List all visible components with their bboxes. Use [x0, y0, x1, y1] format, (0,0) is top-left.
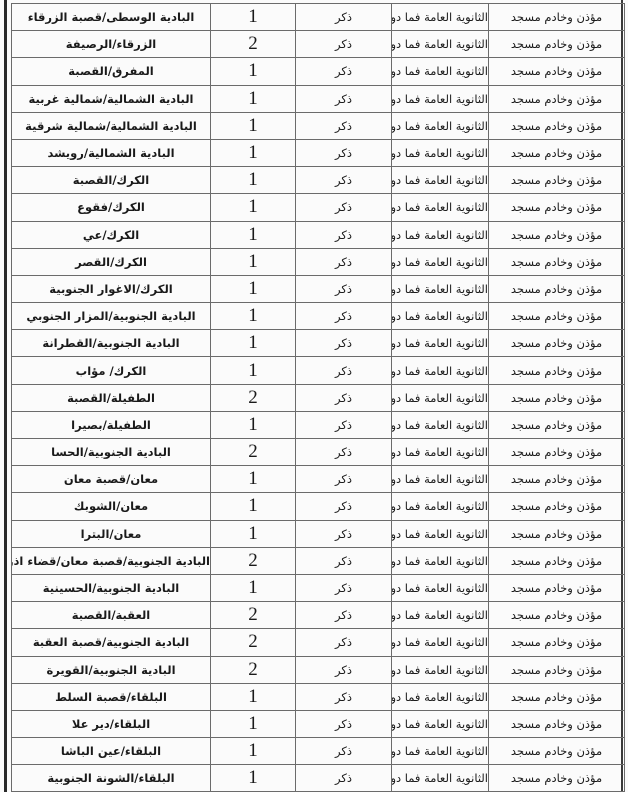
education-cell: الثانوية العامة فما دون [392, 248, 489, 275]
job-title-cell: مؤذن وخادم مسجد [489, 466, 625, 493]
location-cell: البادية الجنوبية/القويرة [12, 656, 211, 683]
table-row: مؤذن وخادم مسجدالثانوية العامة فما دونذك… [12, 629, 625, 656]
table-row: مؤذن وخادم مسجدالثانوية العامة فما دونذك… [12, 357, 625, 384]
table-row: مؤذن وخادم مسجدالثانوية العامة فما دونذك… [12, 58, 625, 85]
gender-cell: ذكر [296, 275, 392, 302]
gender-cell: ذكر [296, 656, 392, 683]
education-cell: الثانوية العامة فما دون [392, 493, 489, 520]
education-cell: الثانوية العامة فما دون [392, 656, 489, 683]
education-cell: الثانوية العامة فما دون [392, 139, 489, 166]
job-title-cell: مؤذن وخادم مسجد [489, 167, 625, 194]
gender-cell: ذكر [296, 248, 392, 275]
location-cell: معان/قصبة معان [12, 466, 211, 493]
location-cell: البادية الشمالية/شمالية غربية [12, 85, 211, 112]
count-cell: 1 [211, 221, 296, 248]
count-cell: 2 [211, 629, 296, 656]
location-cell: البلقاء/دير علا [12, 710, 211, 737]
document-page: مؤذن وخادم مسجدالثانوية العامة فما دونذك… [0, 0, 628, 792]
education-cell: الثانوية العامة فما دون [392, 384, 489, 411]
count-cell: 2 [211, 656, 296, 683]
gender-cell: ذكر [296, 629, 392, 656]
gender-cell: ذكر [296, 493, 392, 520]
education-cell: الثانوية العامة فما دون [392, 439, 489, 466]
job-title-cell: مؤذن وخادم مسجد [489, 357, 625, 384]
job-title-cell: مؤذن وخادم مسجد [489, 520, 625, 547]
location-cell: الزرقاء/الرصيفة [12, 31, 211, 58]
table-row: مؤذن وخادم مسجدالثانوية العامة فما دونذك… [12, 330, 625, 357]
education-cell: الثانوية العامة فما دون [392, 520, 489, 547]
table-row: مؤذن وخادم مسجدالثانوية العامة فما دونذك… [12, 765, 625, 792]
job-title-cell: مؤذن وخادم مسجد [489, 384, 625, 411]
gender-cell: ذكر [296, 384, 392, 411]
job-title-cell: مؤذن وخادم مسجد [489, 139, 625, 166]
table-row: مؤذن وخادم مسجدالثانوية العامة فما دونذك… [12, 466, 625, 493]
education-cell: الثانوية العامة فما دون [392, 58, 489, 85]
gender-cell: ذكر [296, 194, 392, 221]
job-title-cell: مؤذن وخادم مسجد [489, 58, 625, 85]
table-row: مؤذن وخادم مسجدالثانوية العامة فما دونذك… [12, 303, 625, 330]
gender-cell: ذكر [296, 466, 392, 493]
location-cell: البادية الشمالية/رويشد [12, 139, 211, 166]
count-cell: 1 [211, 411, 296, 438]
location-cell: معان/الشوبك [12, 493, 211, 520]
table-row: مؤذن وخادم مسجدالثانوية العامة فما دونذك… [12, 4, 625, 31]
table-row: مؤذن وخادم مسجدالثانوية العامة فما دونذك… [12, 194, 625, 221]
job-title-cell: مؤذن وخادم مسجد [489, 221, 625, 248]
table-row: مؤذن وخادم مسجدالثانوية العامة فما دونذك… [12, 248, 625, 275]
table-row: مؤذن وخادم مسجدالثانوية العامة فما دونذك… [12, 85, 625, 112]
job-title-cell: مؤذن وخادم مسجد [489, 738, 625, 765]
location-cell: البلقاء/الشونة الجنوبية [12, 765, 211, 792]
education-cell: الثانوية العامة فما دون [392, 85, 489, 112]
count-cell: 1 [211, 330, 296, 357]
location-cell: الكرك/عي [12, 221, 211, 248]
location-cell: البادية الجنوبية/الحسا [12, 439, 211, 466]
gender-cell: ذكر [296, 357, 392, 384]
job-title-cell: مؤذن وخادم مسجد [489, 656, 625, 683]
gender-cell: ذكر [296, 221, 392, 248]
location-cell: معان/البترا [12, 520, 211, 547]
gender-cell: ذكر [296, 139, 392, 166]
table-row: مؤذن وخادم مسجدالثانوية العامة فما دونذك… [12, 275, 625, 302]
education-cell: الثانوية العامة فما دون [392, 357, 489, 384]
gender-cell: ذكر [296, 58, 392, 85]
count-cell: 1 [211, 194, 296, 221]
education-cell: الثانوية العامة فما دون [392, 4, 489, 31]
count-cell: 1 [211, 738, 296, 765]
gender-cell: ذكر [296, 411, 392, 438]
gender-cell: ذكر [296, 4, 392, 31]
table-row: مؤذن وخادم مسجدالثانوية العامة فما دونذك… [12, 221, 625, 248]
education-cell: الثانوية العامة فما دون [392, 765, 489, 792]
count-cell: 1 [211, 466, 296, 493]
location-cell: الكرك/القصبة [12, 167, 211, 194]
job-title-cell: مؤذن وخادم مسجد [489, 85, 625, 112]
gender-cell: ذكر [296, 683, 392, 710]
location-cell: البادية الجنوبية/المزار الجنوبي [12, 303, 211, 330]
job-title-cell: مؤذن وخادم مسجد [489, 4, 625, 31]
location-cell: الكرك/فقوع [12, 194, 211, 221]
location-cell: الطفيلة/القصبة [12, 384, 211, 411]
job-title-cell: مؤذن وخادم مسجد [489, 602, 625, 629]
gender-cell: ذكر [296, 330, 392, 357]
location-cell: الكرك/القصر [12, 248, 211, 275]
location-cell: البادية الجنوبية/قصبة العقبة [12, 629, 211, 656]
count-cell: 2 [211, 602, 296, 629]
count-cell: 1 [211, 765, 296, 792]
table-row: مؤذن وخادم مسجدالثانوية العامة فما دونذك… [12, 602, 625, 629]
education-cell: الثانوية العامة فما دون [392, 738, 489, 765]
job-title-cell: مؤذن وخادم مسجد [489, 547, 625, 574]
count-cell: 1 [211, 303, 296, 330]
location-cell: الكرك/ مؤاب [12, 357, 211, 384]
gender-cell: ذكر [296, 547, 392, 574]
education-cell: الثانوية العامة فما دون [392, 275, 489, 302]
count-cell: 1 [211, 58, 296, 85]
count-cell: 1 [211, 357, 296, 384]
job-title-cell: مؤذن وخادم مسجد [489, 330, 625, 357]
table-row: مؤذن وخادم مسجدالثانوية العامة فما دونذك… [12, 139, 625, 166]
location-cell: المفرق/القصبة [12, 58, 211, 85]
location-cell: البادية الشمالية/شمالية شرقية [12, 112, 211, 139]
table-row: مؤذن وخادم مسجدالثانوية العامة فما دونذك… [12, 411, 625, 438]
count-cell: 1 [211, 4, 296, 31]
count-cell: 1 [211, 112, 296, 139]
education-cell: الثانوية العامة فما دون [392, 683, 489, 710]
count-cell: 1 [211, 520, 296, 547]
job-title-cell: مؤذن وخادم مسجد [489, 493, 625, 520]
gender-cell: ذكر [296, 85, 392, 112]
count-cell: 1 [211, 574, 296, 601]
count-cell: 2 [211, 547, 296, 574]
gender-cell: ذكر [296, 520, 392, 547]
education-cell: الثانوية العامة فما دون [392, 574, 489, 601]
job-title-cell: مؤذن وخادم مسجد [489, 112, 625, 139]
table-row: مؤذن وخادم مسجدالثانوية العامة فما دونذك… [12, 683, 625, 710]
count-cell: 1 [211, 248, 296, 275]
education-cell: الثانوية العامة فما دون [392, 112, 489, 139]
education-cell: الثانوية العامة فما دون [392, 547, 489, 574]
count-cell: 2 [211, 439, 296, 466]
table-row: مؤذن وخادم مسجدالثانوية العامة فما دونذك… [12, 710, 625, 737]
table-row: مؤذن وخادم مسجدالثانوية العامة فما دونذك… [12, 520, 625, 547]
table-row: مؤذن وخادم مسجدالثانوية العامة فما دونذك… [12, 384, 625, 411]
education-cell: الثانوية العامة فما دون [392, 602, 489, 629]
gender-cell: ذكر [296, 765, 392, 792]
job-title-cell: مؤذن وخادم مسجد [489, 683, 625, 710]
gender-cell: ذكر [296, 574, 392, 601]
gender-cell: ذكر [296, 303, 392, 330]
gender-cell: ذكر [296, 439, 392, 466]
table-row: مؤذن وخادم مسجدالثانوية العامة فما دونذك… [12, 493, 625, 520]
table-row: مؤذن وخادم مسجدالثانوية العامة فما دونذك… [12, 167, 625, 194]
job-title-cell: مؤذن وخادم مسجد [489, 194, 625, 221]
education-cell: الثانوية العامة فما دون [392, 330, 489, 357]
gender-cell: ذكر [296, 738, 392, 765]
count-cell: 2 [211, 384, 296, 411]
job-title-cell: مؤذن وخادم مسجد [489, 275, 625, 302]
gender-cell: ذكر [296, 710, 392, 737]
left-margin-rule [4, 0, 7, 792]
job-title-cell: مؤذن وخادم مسجد [489, 629, 625, 656]
location-cell: البادية الجنوبية/الحسينية [12, 574, 211, 601]
table-row: مؤذن وخادم مسجدالثانوية العامة فما دونذك… [12, 439, 625, 466]
vacancies-table-body: مؤذن وخادم مسجدالثانوية العامة فما دونذك… [12, 4, 625, 792]
education-cell: الثانوية العامة فما دون [392, 466, 489, 493]
table-row: مؤذن وخادم مسجدالثانوية العامة فما دونذك… [12, 574, 625, 601]
count-cell: 2 [211, 31, 296, 58]
education-cell: الثانوية العامة فما دون [392, 31, 489, 58]
gender-cell: ذكر [296, 112, 392, 139]
count-cell: 1 [211, 139, 296, 166]
education-cell: الثانوية العامة فما دون [392, 221, 489, 248]
location-cell: البادية الجنوبية/القطرانة [12, 330, 211, 357]
location-cell: الكرك/الاغوار الجنوبية [12, 275, 211, 302]
education-cell: الثانوية العامة فما دون [392, 710, 489, 737]
job-title-cell: مؤذن وخادم مسجد [489, 574, 625, 601]
job-title-cell: مؤذن وخادم مسجد [489, 411, 625, 438]
job-title-cell: مؤذن وخادم مسجد [489, 31, 625, 58]
gender-cell: ذكر [296, 167, 392, 194]
table-row: مؤذن وخادم مسجدالثانوية العامة فما دونذك… [12, 656, 625, 683]
count-cell: 1 [211, 167, 296, 194]
job-title-cell: مؤذن وخادم مسجد [489, 303, 625, 330]
location-cell: البلقاء/قصبة السلط [12, 683, 211, 710]
job-title-cell: مؤذن وخادم مسجد [489, 710, 625, 737]
education-cell: الثانوية العامة فما دون [392, 167, 489, 194]
job-title-cell: مؤذن وخادم مسجد [489, 765, 625, 792]
location-cell: البادية الوسطى/قصبة الزرقاء [12, 4, 211, 31]
job-title-cell: مؤذن وخادم مسجد [489, 439, 625, 466]
location-cell: البادية الجنوبية/قصبة معان/قضاء اذرح [12, 547, 211, 574]
table-row: مؤذن وخادم مسجدالثانوية العامة فما دونذك… [12, 31, 625, 58]
count-cell: 1 [211, 275, 296, 302]
location-cell: العقبة/القصبة [12, 602, 211, 629]
gender-cell: ذكر [296, 602, 392, 629]
table-row: مؤذن وخادم مسجدالثانوية العامة فما دونذك… [12, 738, 625, 765]
count-cell: 1 [211, 493, 296, 520]
education-cell: الثانوية العامة فما دون [392, 629, 489, 656]
count-cell: 1 [211, 85, 296, 112]
count-cell: 1 [211, 710, 296, 737]
location-cell: الطفيلة/بصيرا [12, 411, 211, 438]
location-cell: البلقاء/عين الباشا [12, 738, 211, 765]
job-title-cell: مؤذن وخادم مسجد [489, 248, 625, 275]
gender-cell: ذكر [296, 31, 392, 58]
count-cell: 1 [211, 683, 296, 710]
table-row: مؤذن وخادم مسجدالثانوية العامة فما دونذك… [12, 112, 625, 139]
education-cell: الثانوية العامة فما دون [392, 411, 489, 438]
table-row: مؤذن وخادم مسجدالثانوية العامة فما دونذك… [12, 547, 625, 574]
education-cell: الثانوية العامة فما دون [392, 194, 489, 221]
education-cell: الثانوية العامة فما دون [392, 303, 489, 330]
vacancies-table: مؤذن وخادم مسجدالثانوية العامة فما دونذك… [11, 3, 625, 792]
